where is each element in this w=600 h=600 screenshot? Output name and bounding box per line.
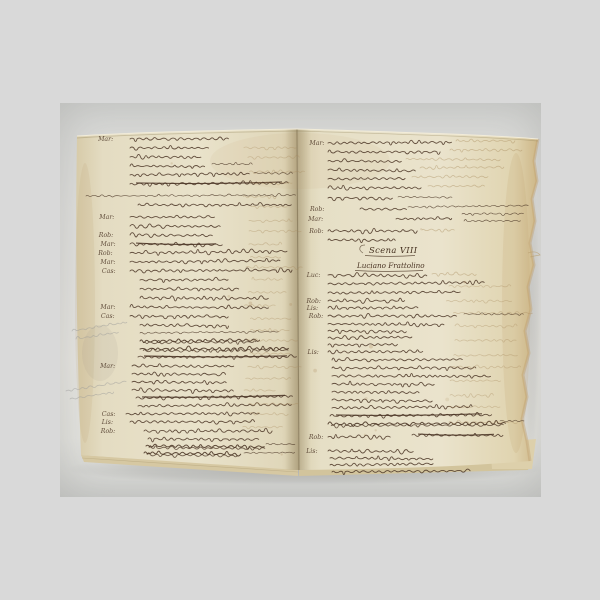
foxing-dot [313, 369, 317, 373]
speaker-label: Cas: [101, 313, 115, 320]
speaker-label: Mar: [308, 140, 324, 147]
foxing-dot [365, 397, 368, 400]
speaker-label: Rob: [306, 298, 321, 305]
foxing-dot [375, 429, 377, 431]
scene-heading: Scena VIII [369, 245, 418, 255]
foxing-dot [445, 398, 449, 402]
speaker-label: Rob: [308, 228, 323, 235]
foxing-dot [369, 345, 373, 349]
foxing-dot [166, 288, 168, 290]
foxing-dot [281, 453, 283, 455]
backdrop: Mar:Mar:Rob:Mar:Rob:Mar:Cas:Mar:Cas:Mar:… [0, 0, 600, 600]
foxing-dot [194, 350, 196, 352]
foxing-dot [463, 281, 466, 284]
manuscript-photo: Mar:Mar:Rob:Mar:Rob:Mar:Cas:Mar:Cas:Mar:… [60, 103, 541, 497]
stain-left-strip [75, 163, 95, 443]
speaker-label: Rob: [98, 232, 113, 239]
speaker-label: Rob: [309, 206, 324, 213]
foxing-dot [227, 295, 230, 298]
speaker-label: Luc: [306, 272, 321, 279]
speaker-label: Cas: [102, 411, 116, 418]
character-heading: Luciano Frattolino [356, 261, 425, 270]
speaker-label: Lis: [101, 419, 113, 426]
foxing-dot [364, 434, 366, 436]
speaker-label: Cas: [102, 268, 116, 275]
speaker-label: Rob: [308, 313, 323, 320]
speaker-label: Mar: [307, 216, 323, 223]
foxing-dot [170, 162, 172, 164]
foxing-dot [249, 301, 253, 305]
speaker-label: Mar: [97, 136, 113, 143]
speaker-label: Mar: [100, 241, 116, 248]
speaker-label: Mar: [99, 259, 115, 266]
foxing-dot [420, 228, 422, 230]
speaker-label: Mar: [99, 304, 115, 311]
speaker-label: Lis: [305, 448, 317, 455]
speaker-label: Rob: [308, 434, 323, 441]
foxing-dot [369, 267, 372, 270]
speaker-label: Lis: [307, 349, 319, 356]
speaker-label: Mar: [99, 363, 115, 370]
speaker-label: Mar: [98, 214, 114, 221]
stain-right-strip [502, 153, 530, 453]
foxing-dot [289, 303, 292, 306]
speaker-label: Rob: [97, 250, 112, 257]
speaker-label: Rob: [100, 428, 115, 435]
speaker-label: Lis: [306, 305, 318, 312]
manuscript-svg: Mar:Mar:Rob:Mar:Rob:Mar:Cas:Mar:Cas:Mar:… [60, 103, 541, 497]
